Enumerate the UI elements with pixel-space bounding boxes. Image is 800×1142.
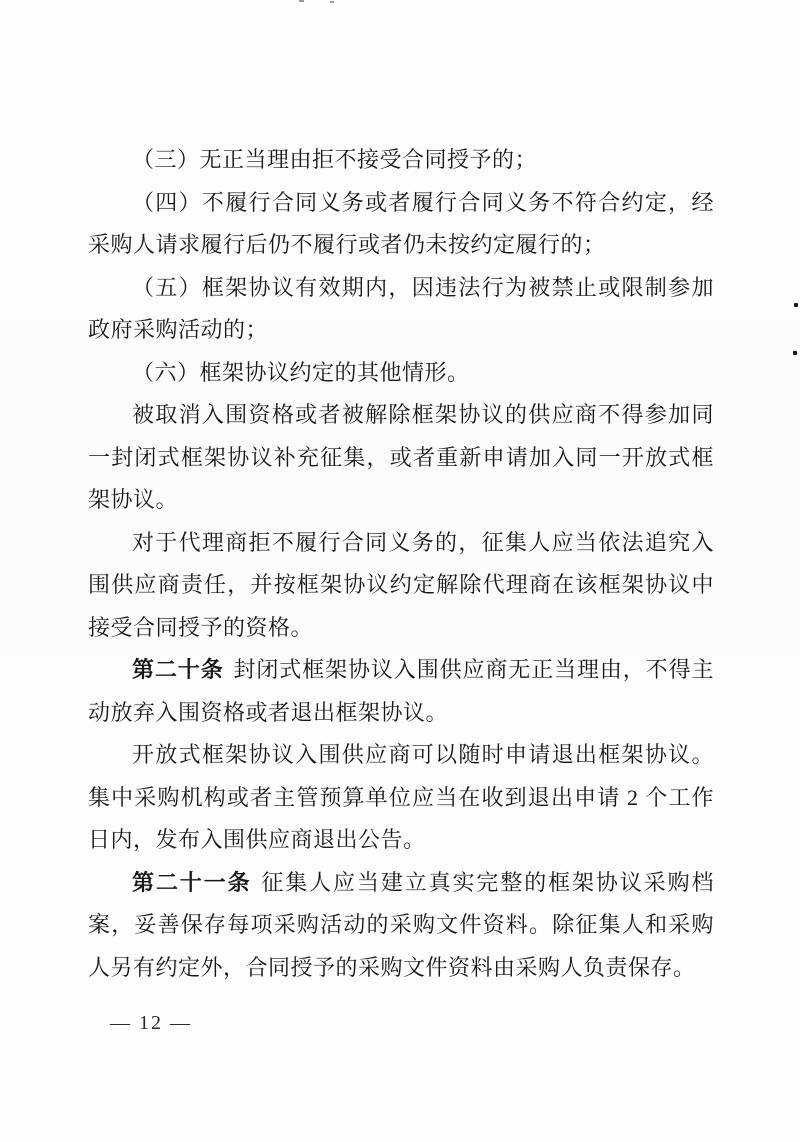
scan-artifact-dot bbox=[794, 303, 798, 307]
clause-item-4: （四）不履行合同义务或者履行合同义务不符合约定，经采购人请求履行后仍不履行或者仍… bbox=[88, 182, 714, 267]
article-20-number: 第二十条 bbox=[132, 657, 224, 682]
document-page: （三）无正当理由拒不接受合同授予的； （四）不履行合同义务或者履行合同义务不符合… bbox=[0, 0, 800, 1142]
article-20: 第二十条封闭式框架协议入围供应商无正当理由，不得主动放弃入围资格或者退出框架协议… bbox=[88, 649, 714, 734]
article-21-number: 第二十一条 bbox=[132, 870, 251, 895]
document-body: （三）无正当理由拒不接受合同授予的； （四）不履行合同义务或者履行合同义务不符合… bbox=[88, 139, 714, 989]
clause-item-3: （三）无正当理由拒不接受合同授予的； bbox=[88, 139, 714, 182]
clause-item-5: （五）框架协议有效期内，因违法行为被禁止或限制参加政府采购活动的； bbox=[88, 267, 714, 352]
article-21: 第二十一条征集人应当建立真实完整的框架协议采购档案，妥善保存每项采购活动的采购文… bbox=[88, 862, 714, 990]
page-number: — 12 — bbox=[110, 1012, 192, 1035]
scan-artifact-dot bbox=[793, 351, 797, 355]
paragraph-disqualified-suppliers: 被取消入围资格或者被解除框架协议的供应商不得参加同一封闭式框架协议补充征集，或者… bbox=[88, 394, 714, 522]
paragraph-agent-liability: 对于代理商拒不履行合同义务的，征集人应当依法追究入围供应商责任，并按框架协议约定… bbox=[88, 522, 714, 650]
scan-artifact-speck bbox=[299, 0, 304, 2]
scan-artifact-speck bbox=[330, 1, 334, 3]
clause-item-6: （六）框架协议约定的其他情形。 bbox=[88, 352, 714, 395]
paragraph-open-framework-exit: 开放式框架协议入围供应商可以随时申请退出框架协议。集中采购机构或者主管预算单位应… bbox=[88, 734, 714, 862]
